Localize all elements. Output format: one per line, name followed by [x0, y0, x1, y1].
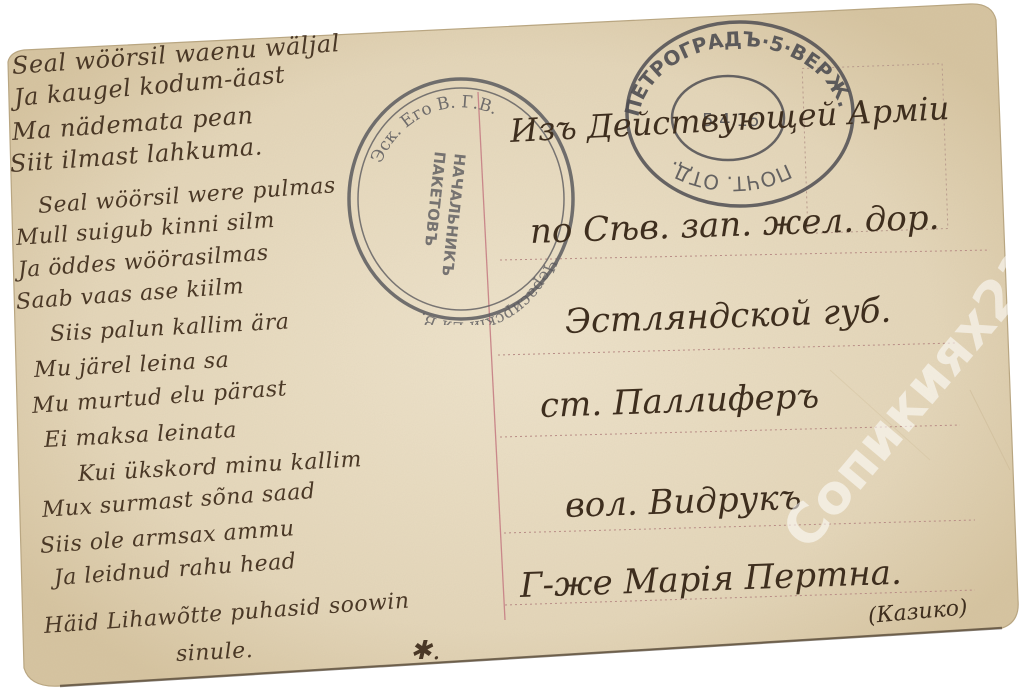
address-line-parish: вол. Видрукъ — [564, 478, 802, 526]
postcard: Эск. Его В. Г.В. Черасирскiй Ея В. НАЧАЛ… — [0, 0, 1024, 688]
svg-text:Черасирскiй Ея В.: Черасирскiй Ея В. — [415, 257, 561, 325]
postmark-bottom-text: ПОЧТ. ОТД. — [664, 156, 796, 196]
round-stamp-bottom-text: Черасирскiй Ея В. — [415, 257, 561, 325]
svg-text:ПОЧТ. ОТД.: ПОЧТ. ОТД. — [664, 156, 796, 196]
